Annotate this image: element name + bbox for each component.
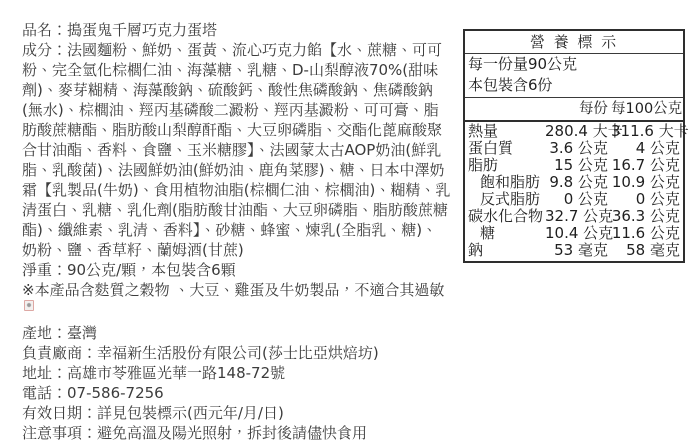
- net-weight-line: 淨重：90公克/顆，本包裝含6顆: [22, 260, 452, 280]
- nutrient-per-serving-value: 53 毫克: [545, 242, 611, 259]
- nutrition-row: 脂肪15 公克16.7 公克: [465, 157, 683, 174]
- nutrient-label: 飽和脂肪: [465, 174, 545, 191]
- empty-header-cell: [465, 98, 545, 120]
- nutrient-per-serving-value: 0 公克: [545, 191, 611, 208]
- nutrition-row: 熱量280.4 大卡311.6 大卡: [465, 123, 683, 140]
- servings-per-pack-text: 本包裝含6份: [468, 75, 683, 96]
- nutrient-per-100g-value: 0 公克: [611, 191, 683, 208]
- nutrient-per-serving-value: 10.4 公克: [545, 225, 611, 242]
- food-label-page: { "page": { "background": "#ffffff", "te…: [0, 0, 700, 440]
- nutrition-row: 蛋白質3.6 公克4 公克: [465, 140, 683, 157]
- nutrient-label: 糖: [465, 225, 545, 242]
- nutrient-label: 反式脂肪: [465, 191, 545, 208]
- serving-info-section: 每一份量90公克 本包裝含6份: [465, 54, 683, 98]
- product-name-line: 品名：搗蛋鬼千層巧克力蛋塔: [22, 20, 452, 40]
- nutrition-row: 反式脂肪0 公克0 公克: [465, 191, 683, 208]
- per-100g-header: 每100公克: [611, 98, 685, 120]
- manufacturer-line: 負責廠商：幸福新生活股份有限公司(莎士比亞烘焙坊): [22, 343, 452, 363]
- address-line: 地址：高雄市苓雅區光華一路148-72號: [22, 363, 452, 383]
- nutrient-label: 脂肪: [465, 157, 545, 174]
- nutrient-per-100g-value: 16.7 公克: [611, 157, 683, 174]
- nutrient-per-serving-value: 3.6 公克: [545, 140, 611, 157]
- nutrition-row: 飽和脂肪9.8 公克10.9 公克: [465, 174, 683, 191]
- nutrient-per-100g-value: 311.6 大卡: [611, 123, 692, 140]
- allergen-warning-line: ※本產品含麩質之穀物 、大豆、雞蛋及牛奶製品，不適合其過敏: [22, 280, 452, 323]
- phone-line: 電話：07-586-7256: [22, 383, 452, 403]
- nutrient-per-serving-value: 9.8 公克: [545, 174, 611, 191]
- nutrition-row: 糖10.4 公克11.6 公克: [465, 225, 683, 242]
- nutrition-row: 碳水化合物32.7 公克36.3 公克: [465, 208, 683, 225]
- nutrition-column-headers: 每份 每100公克: [465, 98, 683, 122]
- nutrient-per-serving-value: 280.4 大卡: [545, 123, 611, 140]
- nutrient-per-100g-value: 10.9 公克: [611, 174, 683, 191]
- product-info-block: 品名：搗蛋鬼千層巧克力蛋塔成分：法國麵粉、鮮奶、蛋黃、流心巧克力餡【水、蔗糖、可…: [22, 20, 452, 440]
- nutrient-per-100g-value: 11.6 公克: [611, 225, 683, 242]
- nutrient-per-serving-value: 15 公克: [545, 157, 611, 174]
- notice-line: 注意事項：避免高溫及陽光照射，拆封後請儘快食用: [22, 423, 452, 440]
- nutrient-label: 鈉: [465, 242, 545, 259]
- nutrient-label: 碳水化合物: [465, 208, 545, 225]
- serving-size-text: 每一份量90公克: [468, 54, 683, 75]
- nutrient-per-100g-value: 4 公克: [611, 140, 683, 157]
- origin-line: 產地：臺灣: [22, 323, 452, 343]
- ingredients-line: 成分：法國麵粉、鮮奶、蛋黃、流心巧克力餡【水、蔗糖、可可粉、完全氫化棕櫚仁油、海…: [22, 40, 452, 260]
- nutrition-title: 營 養 標 示: [465, 31, 683, 54]
- nutrition-rows: 熱量280.4 大卡311.6 大卡蛋白質3.6 公克4 公克脂肪15 公克16…: [465, 122, 683, 261]
- allergen-footnote-icon: [24, 300, 34, 311]
- nutrient-label: 蛋白質: [465, 140, 545, 157]
- per-serving-header: 每份: [545, 98, 611, 120]
- nutrient-per-100g-value: 58 毫克: [611, 242, 683, 259]
- expiry-line: 有效日期：詳見包裝標示(西元年/月/日): [22, 403, 452, 423]
- nutrient-label: 熱量: [465, 123, 545, 140]
- nutrition-facts-table: 營 養 標 示 每一份量90公克 本包裝含6份 每份 每100公克 熱量280.…: [463, 29, 685, 263]
- nutrient-per-100g-value: 36.3 公克: [611, 208, 683, 225]
- nutrition-row: 鈉53 毫克58 毫克: [465, 242, 683, 259]
- nutrient-per-serving-value: 32.7 公克: [545, 208, 611, 225]
